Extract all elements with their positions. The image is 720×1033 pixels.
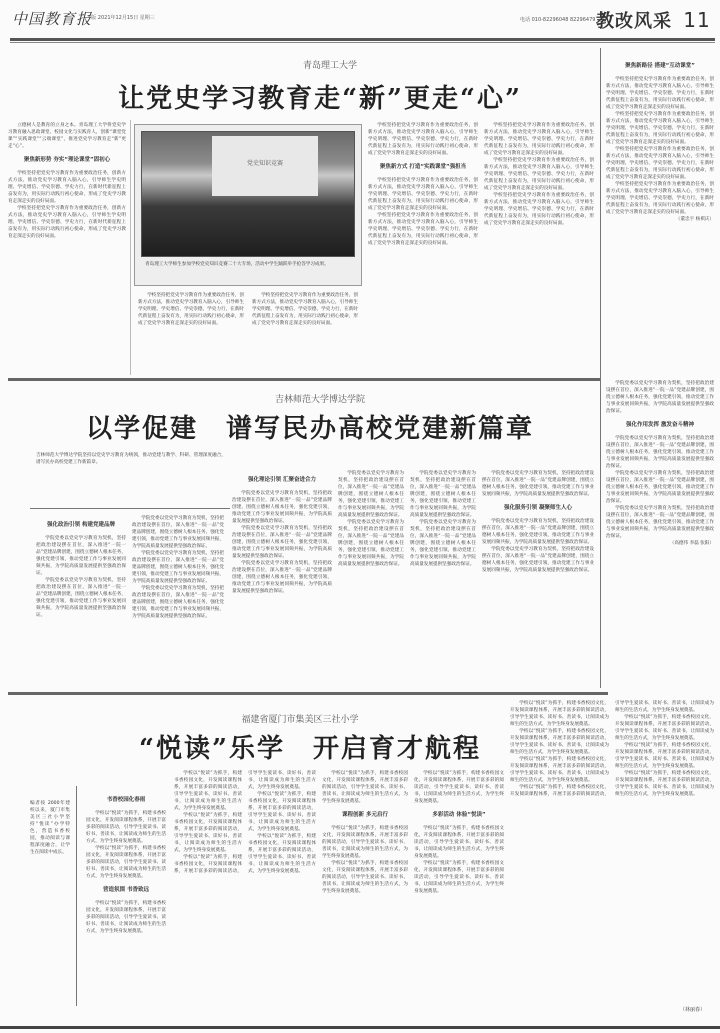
article2-column-3: 强化理论引领 汇聚奋进合力 学院党委以党史学习教育为契机，坚持把政治建设摆在首位… xyxy=(232,470,332,685)
right-subhead-mid: 强化作用发挥 激发奋斗精神 xyxy=(606,421,714,429)
article1-column-4: 学校坚持把党史学习教育作为重要政治任务，创新方式方法，推动党史学习教育入脑入心，… xyxy=(484,122,594,372)
article2-headline: 以学促建 谱写民办高校党建新篇章 xyxy=(60,408,560,445)
article2-body: 学院党委以党史学习教育为契机，坚持把政治建设摆在首位，深入推进“一院一品”党建品… xyxy=(410,519,476,568)
article1-photo-frame: 党史知识竞赛 青岛理工大学师生参加学校党史知识竞赛二十大专场，活动中学生踊跃举手… xyxy=(134,124,362,286)
article2-kicker: 吉林师范大学博达学院 xyxy=(100,392,540,405)
article3-body: 学校以“悦读”为抓手，构建书香校园文化，开发阅读课程体系，开展丰富多彩的阅读活动… xyxy=(510,728,609,756)
article1-headline: 让党史学习教育走“新”更走“心” xyxy=(60,78,580,115)
article2-lede: 吉林师范大学博达学院坚持以党史学习教育为统领，推动党建与教学、科研、管理深度融合… xyxy=(36,452,226,484)
article3-byline: （林丽春） xyxy=(680,1006,705,1013)
article2-body: 学院党委以党史学习教育为契机，坚持把政治建设摆在首位，深入推进“一院一品”党建品… xyxy=(482,518,594,546)
right-body: 学院党委以党史学习教育为契机，坚持把政治建设摆在首位，深入推进“一院一品”党建品… xyxy=(606,380,714,415)
section-divider-2 xyxy=(8,692,608,695)
right-body: 学校坚持把党史学习教育作为重要政治任务，创新方式方法，推动党史学习教育入脑入心，… xyxy=(606,76,714,111)
article3-body: 学校以“悦读”为抓手，构建书香校园文化，开发阅读课程体系，开展丰富多彩的阅读活动… xyxy=(248,791,316,833)
article3-body: 学校以“悦读”为抓手，构建书香校园文化，开发阅读课程体系，开展丰富多彩的阅读活动… xyxy=(86,810,166,845)
article1-photo-caption: 青岛理工大学师生参加学校党史知识竞赛二十大专场，活动中学生踊跃举手抢答学习成果。 xyxy=(145,261,353,268)
right-body: 学院党委以党史学习教育为契机，坚持把政治建设摆在首位，深入推进“一院一品”党建品… xyxy=(606,435,714,470)
article2-body: 学院党委以党史学习教育为契机，坚持把政治建设摆在首位，深入推进“一院一品”党建品… xyxy=(232,525,332,560)
article3-body: 学校以“悦读”为抓手，构建书香校园文化，开发阅读课程体系，开展丰富多彩的阅读活动… xyxy=(86,845,166,880)
article3-column-5: 学校以“悦读”为抓手，构建书香校园文化，开发阅读课程体系，开展丰富多彩的阅读活动… xyxy=(510,700,714,1005)
right-column-top: 聚焦新路径 搭建“互动课堂” 学校坚持把党史学习教育作为重要政治任务，创新方式方… xyxy=(606,56,714,376)
article2-column-5: 学院党委以党史学习教育为契机，坚持把政治建设摆在首位，深入推进“一院一品”党建品… xyxy=(482,470,594,685)
article1-body: 学校坚持把党史学习教育作为重要政治任务，创新方式方法，推动党史学习教育入脑入心，… xyxy=(484,192,594,227)
page-bottom-rule xyxy=(0,1026,720,1029)
article1-subhead-1: 聚焦新形势 夯实“理论课堂”固初心 xyxy=(8,156,126,164)
article3-body: 学校以“悦读”为抓手，构建书香校园文化，开发阅读课程体系，开展丰富多彩的阅读活动… xyxy=(248,833,316,875)
article1-column-1: 立德树人是教育的立身之本。青岛理工大学将党史学习教育融入思政课堂、校园文化与实践… xyxy=(8,122,126,372)
right-body: 学校坚持把党史学习教育作为重要政治任务，创新方式方法，推动党史学习教育入脑入心，… xyxy=(606,111,714,146)
section-title: 教改风采 11 xyxy=(596,7,711,33)
article3-body: 学校以“悦读”为抓手，构建书香校园文化，开发阅读课程体系，开展丰富多彩的阅读活动… xyxy=(510,700,609,728)
article3-subhead-1: 书香校园化春雨 xyxy=(86,796,166,804)
article1-photo: 党史知识竞赛 xyxy=(141,131,355,257)
right-body: 学校坚持把党史学习教育作为重要政治任务，创新方式方法，推动党史学习教育入脑入心，… xyxy=(606,146,714,181)
article1-body: 学校坚持把党史学习教育作为重要政治任务，创新方式方法，推动党史学习教育入脑入心，… xyxy=(484,157,594,192)
article2-column-4: 学院党委以党史学习教育为契机，坚持把政治建设摆在首位，深入推进“一院一品”党建品… xyxy=(338,470,476,685)
screen-text: 党史知识竞赛 xyxy=(212,158,318,167)
article2-body: 学院党委以党史学习教育为契机，坚持把政治建设摆在首位，深入推进“一院一品”党建品… xyxy=(36,535,126,577)
lede-underline xyxy=(30,508,230,509)
article3-column-3: 学校以“悦读”为抓手，构建书香校园文化，开发阅读课程体系，开展丰富多彩的阅读活动… xyxy=(322,770,408,1005)
right-column-divider xyxy=(600,48,601,688)
article2-subhead-1: 强化政治引领 构建党建品牌 xyxy=(36,521,126,529)
article2-subhead-2: 强化理论引领 汇聚奋进合力 xyxy=(232,476,332,484)
masthead-rule-thin xyxy=(10,42,715,43)
article1-body: 学校坚持把党史学习教育作为重要政治任务，创新方式方法，推动党史学习教育入脑入心，… xyxy=(368,122,478,157)
article2-body: 学院党委以党史学习教育为契机，坚持把政治建设摆在首位，深入推进“一院一品”党建品… xyxy=(482,546,594,574)
article3-subhead-4: 营造氛围 书香致远 xyxy=(86,886,166,894)
article2-body: 学院党委以党史学习教育为契机，坚持把政治建设摆在首位，深入推进“一院一品”党建品… xyxy=(338,519,404,568)
article1-body: 学校坚持把党史学习教育作为重要政治任务，创新方式方法，推动党史学习教育入脑入心，… xyxy=(484,122,594,157)
section-name: 教改风采 xyxy=(596,11,672,32)
article3-body: 学校以“悦读”为抓手，构建书香校园文化，开发阅读课程体系，开展丰富多彩的阅读活动… xyxy=(510,756,609,784)
article2-body: 学院党委以党史学习教育为契机，坚持把政治建设摆在首位，深入推进“一院一品”党建品… xyxy=(132,515,224,550)
article1-body: 学校坚持把党史学习教育作为重要政治任务，创新方式方法，推动党史学习教育入脑入心，… xyxy=(8,205,126,240)
article3-column-4: 学校以“悦读”为抓手，构建书香校园文化，开发阅读课程体系，开展丰富多彩的阅读活动… xyxy=(414,770,504,1005)
article3-subhead-2: 课程创新 多元启行 xyxy=(322,811,408,819)
section-divider-1 xyxy=(8,378,600,381)
issue-meta: 7版 2021年12月15日 星期三 xyxy=(88,14,155,21)
article1-lede: 立德树人是教育的立身之本。青岛理工大学将党史学习教育融入思政课堂、校园文化与实践… xyxy=(8,122,126,150)
right-byline-mid: （高德伟 李磊 张阳） xyxy=(606,540,714,547)
right-subhead-top: 聚焦新路径 搭建“互动课堂” xyxy=(606,62,714,70)
article3-body: 学校以“悦读”为抓手，构建书香校园文化，开发阅读课程体系，开展丰富多彩的阅读活动… xyxy=(174,812,242,854)
article3-column-1: 书香校园化春雨 学校以“悦读”为抓手，构建书香校园文化，开发阅读课程体系，开展丰… xyxy=(86,790,166,1005)
right-byline-top: （董忠宇 杨祺庆） xyxy=(606,216,714,223)
article2-column-2: 学院党委以党史学习教育为契机，坚持把政治建设摆在首位，深入推进“一院一品”党建品… xyxy=(132,515,224,685)
right-body: 学院党委以党史学习教育为契机，坚持把政治建设摆在首位，深入推进“一院一品”党建品… xyxy=(606,470,714,505)
article2-body: 学院党委以党史学习教育为契机，坚持把政治建设摆在首位，深入推进“一院一品”党建品… xyxy=(232,490,332,525)
article3-kicker: 福建省厦门市集美区三社小学 xyxy=(140,712,460,725)
sidebar-divider xyxy=(76,786,77,1006)
projector-screen: 党史知识竞赛 xyxy=(212,136,318,196)
article3-headline: “悦读”乐学 开启育才航程 xyxy=(120,728,500,765)
article1-body: 学校坚持把党史学习教育作为重要政治任务，创新方式方法，推动党史学习教育入脑入心，… xyxy=(8,170,126,205)
article2-body: 学院党委以党史学习教育为契机，坚持把政治建设摆在首位，深入推进“一院一品”党建品… xyxy=(132,585,224,620)
column-divider xyxy=(130,120,131,375)
article1-body: 学校坚持把党史学习教育作为重要政治任务，创新方式方法，推动党史学习教育入脑入心，… xyxy=(368,177,478,212)
article2-body: 学院党委以党史学习教育为契机，坚持把政治建设摆在首位，深入推进“一院一品”党建品… xyxy=(482,470,594,498)
article1-column-2: 学校坚持把党史学习教育作为重要政治任务，创新方式方法，推动党史学习教育入脑入心，… xyxy=(138,292,358,372)
right-body: 学院党委以党史学习教育为契机，坚持把政治建设摆在首位，深入推进“一院一品”党建品… xyxy=(606,505,714,540)
article1-subhead-2: 聚焦新方式 打造“实践课堂”强担当 xyxy=(368,163,478,171)
right-column-mid: 学院党委以党史学习教育为契机，坚持把政治建设摆在首位，深入推进“一院一品”党建品… xyxy=(606,380,714,685)
article2-column-1: 强化政治引领 构建党建品牌 学院党委以党史学习教育为契机，坚持把政治建设摆在首位… xyxy=(36,515,126,685)
article3-body: 学校以“悦读”为抓手，构建书香校园文化，开发阅读课程体系，开展丰富多彩的阅读活动… xyxy=(322,860,408,895)
article3-body: 学校以“悦读”为抓手，构建书香校园文化，开发阅读课程体系，开展丰富多彩的阅读活动… xyxy=(615,770,714,798)
article3-body: 学校以“悦读”为抓手，构建书香校园文化，开发阅读课程体系，开展丰富多彩的阅读活动… xyxy=(414,825,504,860)
article2-body: 学院党委以党史学习教育为契机，坚持把政治建设摆在首位，深入推进“一院一品”党建品… xyxy=(338,470,404,519)
article3-column-2: 学校以“悦读”为抓手，构建书香校园文化，开发阅读课程体系，开展丰富多彩的阅读活动… xyxy=(174,770,316,1005)
article3-subhead-3: 多彩活动 体验“悦读” xyxy=(414,811,504,819)
contact-meta: 电话 010-82296048 82296479 xyxy=(520,16,595,23)
article2-body: 学院党委以党史学习教育为契机，坚持把政治建设摆在首位，深入推进“一院一品”党建品… xyxy=(232,560,332,595)
newspaper-logo: 中国教育报 xyxy=(12,8,92,29)
article3-body: 学校以“悦读”为抓手，构建书香校园文化，开发阅读课程体系，开展丰富多彩的阅读活动… xyxy=(322,770,408,805)
article3-body: 学校以“悦读”为抓手，构建书香校园文化，开发阅读课程体系，开展丰富多彩的阅读活动… xyxy=(322,825,408,860)
article3-body: 学校以“悦读”为抓手，构建书香校园文化，开发阅读课程体系，开展丰富多彩的阅读活动… xyxy=(86,900,166,935)
article3-sidebar: 编者按 2000年建校以来，厦门市集美区三社小学坚持“悦读”办学特色，营造书香校… xyxy=(30,800,70,1000)
article2-body: 学院党委以党史学习教育为契机，坚持把政治建设摆在首位，深入推进“一院一品”党建品… xyxy=(36,577,126,619)
article2-subhead-3: 强化服务引领 凝聚师生人心 xyxy=(482,504,594,512)
article3-body: 学校以“悦读”为抓手，构建书香校园文化，开发阅读课程体系，开展丰富多彩的阅读活动… xyxy=(414,860,504,895)
article1-body: 学校坚持把党史学习教育作为重要政治任务，创新方式方法，推动党史学习教育入脑入心，… xyxy=(138,292,244,327)
article3-body: 学校以“悦读”为抓手，构建书香校园文化，开发阅读课程体系，开展丰富多彩的阅读活动… xyxy=(414,770,504,805)
article3-body: 学校以“悦读”为抓手，构建书香校园文化，开发阅读课程体系，开展丰富多彩的阅读活动… xyxy=(615,714,714,742)
page-number: 11 xyxy=(683,8,710,32)
masthead: 中国教育报 7版 2021年12月15日 星期三 电话 010-82296048… xyxy=(0,0,720,38)
article1-column-3: 学校坚持把党史学习教育作为重要政治任务，创新方式方法，推动党史学习教育入脑入心，… xyxy=(368,122,478,372)
article1-kicker: 青岛理工大学 xyxy=(100,58,560,71)
article1-body: 学校坚持把党史学习教育作为重要政治任务，创新方式方法，推动党史学习教育入脑入心，… xyxy=(252,292,358,327)
article2-body: 学院党委以党史学习教育为契机，坚持把政治建设摆在首位，深入推进“一院一品”党建品… xyxy=(410,470,476,519)
article2-body: 学院党委以党史学习教育为契机，坚持把政治建设摆在首位，深入推进“一院一品”党建品… xyxy=(132,550,224,585)
masthead-rule xyxy=(10,38,715,41)
right-body: 学校坚持把党史学习教育作为重要政治任务，创新方式方法，推动党史学习教育入脑入心，… xyxy=(606,181,714,216)
article3-body: 学校以“悦读”为抓手，构建书香校园文化，开发阅读课程体系，开展丰富多彩的阅读活动… xyxy=(174,770,242,812)
article3-body: 学校以“悦读”为抓手，构建书香校园文化，开发阅读课程体系，开展丰富多彩的阅读活动… xyxy=(615,742,714,770)
article1-body: 学校坚持把党史学习教育作为重要政治任务，创新方式方法，推动党史学习教育入脑入心，… xyxy=(368,212,478,247)
